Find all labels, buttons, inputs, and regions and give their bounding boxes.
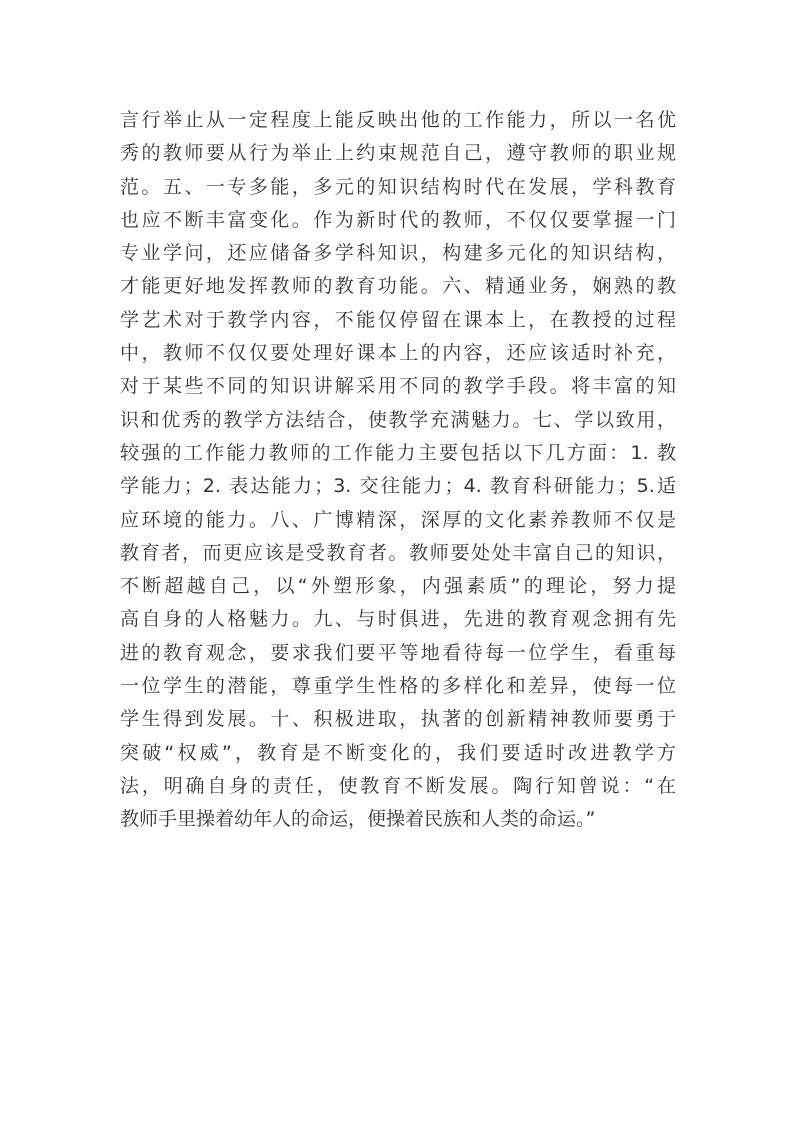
text-line: 一位学生的潜能，尊重学生性格的多样化和差异，使每一位 [120,670,676,703]
text-line: 应环境的能力。八、广博精深，深厚的文化素养教师不仅是 [120,504,676,537]
text-line: 突破“权威”，教育是不断变化的，我们要适时改进教学方 [120,737,676,770]
text-line: 言行举止从一定程度上能反映出他的工作能力，所以一名优 [120,104,676,137]
text-line: 也应不断丰富变化。作为新时代的教师，不仅仅要掌握一门 [120,204,676,237]
body-text: 言行举止从一定程度上能反映出他的工作能力，所以一名优 秀的教师要从行为举止上约束… [120,104,676,837]
text-line: 专业学问，还应储备多学科知识，构建多元化的知识结构， [120,237,676,270]
text-line: 不断超越自己，以“外塑形象，内强素质”的理论，努力提 [120,570,676,603]
text-line: 进的教育观念，要求我们要平等地看待每一位学生，看重每 [120,637,676,670]
text-line: 学能力；2. 表达能力；3. 交往能力；4. 教育科研能力；5.适 [120,470,676,503]
document-page: 言行举止从一定程度上能反映出他的工作能力，所以一名优 秀的教师要从行为举止上约束… [0,0,793,1122]
text-line: 较强的工作能力教师的工作能力主要包括以下几方面：1. 教 [120,437,676,470]
text-line: 识和优秀的教学方法结合，使教学充满魅力。七、学以致用， [120,404,676,437]
text-line: 才能更好地发挥教师的教育功能。六、精通业务，娴熟的教 [120,270,676,303]
text-line: 范。五、一专多能，多元的知识结构时代在发展，学科教育 [120,171,676,204]
text-line: 教师手里操着幼年人的命运，便操着民族和人类的命运。” [120,803,676,836]
text-line: 法，明确自身的责任，使教育不断发展。陶行知曾说：“在 [120,770,676,803]
text-line: 高自身的人格魅力。九、与时俱进，先进的教育观念拥有先 [120,603,676,636]
text-line: 中，教师不仅仅要处理好课本上的内容，还应该适时补充， [120,337,676,370]
text-line: 对于某些不同的知识讲解采用不同的教学手段。将丰富的知 [120,370,676,403]
text-line: 学艺术对于教学内容，不能仅停留在课本上，在教授的过程 [120,304,676,337]
text-line: 学生得到发展。十、积极进取，执著的创新精神教师要勇于 [120,703,676,736]
text-line: 教育者，而更应该是受教育者。教师要处处丰富自己的知识， [120,537,676,570]
text-line: 秀的教师要从行为举止上约束规范自己，遵守教师的职业规 [120,137,676,170]
